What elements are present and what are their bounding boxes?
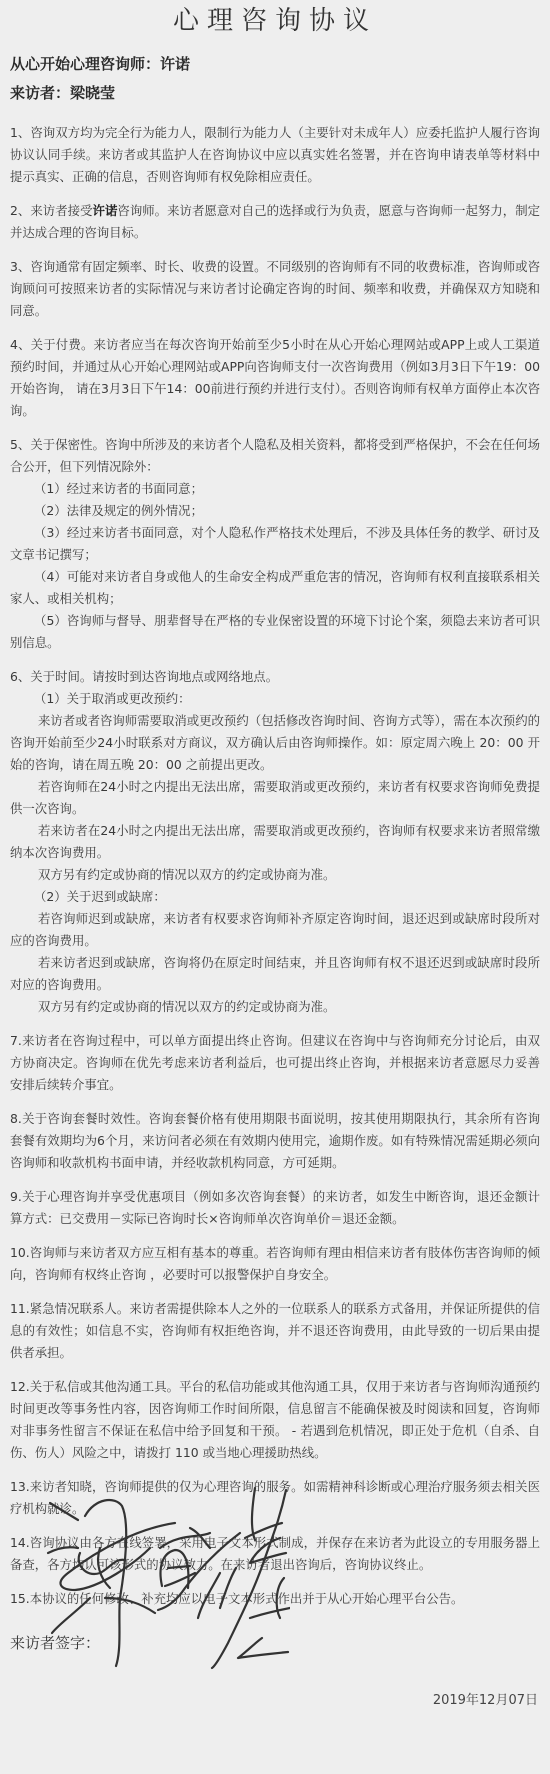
clause-6-sub1-item: 双方另有约定或协商的情况以双方的约定或协商为准。	[10, 864, 540, 886]
clause-6-sub2-item: 若来访者迟到或缺席，咨询将仍在原定时间结束，并且咨询师有权不退还迟到或缺席时段所…	[10, 952, 540, 996]
signing-date: 2019年12月07日	[433, 1689, 538, 1708]
client-label: 来访者：梁晓莹	[10, 79, 540, 108]
clause-6-sub1-item: 若来访者在24小时之内提出无法出席，需要取消或更改预约，咨询师有权要求来访者照常…	[10, 820, 540, 864]
agreement-document: 心理咨询协议 从心开始心理咨询师：许诺 来访者：梁晓莹 1、咨询双方均为完全行为…	[0, 0, 550, 1654]
clause-6: 6、关于时间。请按时到达咨询地点或网络地点。	[10, 666, 540, 688]
clause-7: 7.来访者在咨询过程中，可以单方面提出终止咨询。但建议在咨询中与咨询师充分讨论后…	[10, 1030, 540, 1096]
counselor-name-highlight: 许诺	[93, 203, 118, 218]
clause-6-sub2-item: 双方另有约定或协商的情况以双方的约定或协商为准。	[10, 996, 540, 1018]
clause-5-item: （4）可能对来访者自身或他人的生命安全构成严重危害的情况，咨询师有权利直接联系相…	[10, 566, 540, 610]
clause-6-sub1-item: 若咨询师在24小时之内提出无法出席，需要取消或更改预约，来访者有权要求咨询师免费…	[10, 776, 540, 820]
clause-5-item: （5）咨询师与督导、朋辈督导在严格的专业保密设置的环境下讨论个案，须隐去来访者可…	[10, 610, 540, 654]
clause-6-sub1-title: （1）关于取消或更改预约：	[10, 688, 540, 710]
clause-4: 4、关于付费。来访者应当在每次咨询开始前至少5小时在从心开始心理网站或APP上或…	[10, 334, 540, 422]
clause-2-pre: 2、来访者接受	[10, 203, 93, 218]
clause-9: 9.关于心理咨询并享受优惠项目（例如多次咨询套餐）的来访者，如发生中断咨询，退还…	[10, 1186, 540, 1230]
clause-10: 10.咨询师与来访者双方应互相有基本的尊重。若咨询师有理由相信来访者有肢体伤害咨…	[10, 1242, 540, 1286]
page-title: 心理咨询协议	[10, 0, 540, 46]
clause-6-sub1-item: 来访者或者咨询师需要取消或更改预约（包括修改咨询时间、咨询方式等），需在本次预约…	[10, 710, 540, 776]
clause-6-details: （1）关于取消或更改预约： 来访者或者咨询师需要取消或更改预约（包括修改咨询时间…	[10, 688, 540, 1018]
clause-6-sub2-title: （2）关于迟到或缺席：	[10, 886, 540, 908]
clause-8: 8.关于咨询套餐时效性。咨询套餐价格有使用期限书面说明，按其使用期限执行，其余所…	[10, 1108, 540, 1174]
clause-3: 3、咨询通常有固定频率、时长、收费的设置。不同级别的咨询师有不同的收费标准，咨询…	[10, 256, 540, 322]
handwritten-signature-icon	[40, 1478, 290, 1673]
clause-5-exceptions: （1）经过来访者的书面同意； （2）法律及规定的例外情况； （3）经过来访者书面…	[10, 478, 540, 654]
clause-5-item: （1）经过来访者的书面同意；	[10, 478, 540, 500]
clause-5: 5、关于保密性。咨询中所涉及的来访者个人隐私及相关资料，都将受到严格保护，不会在…	[10, 434, 540, 478]
counselor-label: 从心开始心理咨询师：许诺	[10, 50, 540, 79]
clause-2: 2、来访者接受许诺咨询师。来访者愿意对自己的选择或行为负责，愿意与咨询师一起努力…	[10, 200, 540, 244]
clause-12: 12.关于私信或其他沟通工具。平台的私信功能或其他沟通工具，仅用于来访者与咨询师…	[10, 1376, 540, 1464]
clause-5-item: （2）法律及规定的例外情况；	[10, 500, 540, 522]
clause-1: 1、咨询双方均为完全行为能力人，限制行为能力人（主要针对未成年人）应委托监护人履…	[10, 122, 540, 188]
clause-5-item: （3）经过来访者书面同意，对个人隐私作严格技术处理后，不涉及具体任务的教学、研讨…	[10, 522, 540, 566]
clause-11: 11.紧急情况联系人。来访者需提供除本人之外的一位联系人的联系方式备用，并保证所…	[10, 1298, 540, 1364]
clause-6-sub2-item: 若咨询师迟到或缺席，来访者有权要求咨询师补齐原定咨询时间，退还迟到或缺席时段所对…	[10, 908, 540, 952]
